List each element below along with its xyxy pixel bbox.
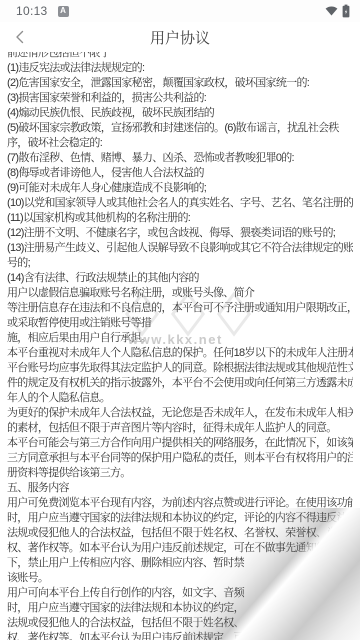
agreement-line: (10)以党和国家领导人或其他社会名人的真实姓名、字号、艺名、笔名注册的: (7, 196, 353, 211)
agreement-line: 或采取暂停使用或注销账号等措 (7, 316, 353, 331)
agreement-line: 施，相应后果由用户自行承担。 (7, 331, 353, 346)
user-agreement-screen: 10:13 A 用户协议 前述情形包括但不限于(1)违反宪法或法律法规规定的:(… (0, 0, 360, 640)
agreement-line: 平台账号均应事先取得其法定监护人的同意。除根据法律法规或其他规范性文 (7, 361, 353, 376)
agreement-line: 号的; (7, 256, 353, 271)
agreement-line: (12)注册不文明、不健康名字，或包含歧视、侮辱、猥亵类词语的账号的; (7, 226, 353, 241)
agreement-line: 为更好的保护未成年人合法权益，无论您是否未成年人，在发布未成年人相关 (7, 406, 353, 421)
agreement-line: 年人的个人隐私信息。 (7, 391, 353, 406)
battery-icon (342, 4, 350, 18)
agreement-line: 序，破坏社会稳定的: (7, 136, 353, 151)
agreement-line: (5)破坏国家宗教政策，宣扬邪教和封建迷信的。(6)散布谣言，扰乱社会秩 (7, 121, 353, 136)
wifi-icon (325, 5, 338, 17)
agreement-content[interactable]: 前述情形包括但不限于(1)违反宪法或法律法规规定的:(2)危害国家安全，泄露国家… (0, 52, 360, 640)
agreement-line: (1)违反宪法或法律法规规定的: (7, 61, 353, 76)
agreement-line: 前述情形包括但不限于 (7, 52, 353, 61)
agreement-line: 册资料等提供给该第三方。 (7, 466, 353, 481)
agreement-line: (13)注册易产生歧义、引起他人误解导致不良影响或其它不符合法律规定的账 (7, 241, 353, 256)
agreement-line: (4)煽动民族仇恨、民族歧视，破坏民族团结的 (7, 106, 353, 121)
agreement-line: 本平台重视对未成年人个人隐私信息的保护。任何18岁以下的未成年人注册本 (7, 346, 353, 361)
status-bar: 10:13 A (0, 0, 360, 22)
header: 用户协议 (0, 22, 360, 52)
agreement-line: 三方同意承担与本平台同等的保护用户隐私的责任，则本平台有权将用户的注 (7, 451, 353, 466)
agreement-line: (3)损害国家荣誉和利益的，损害公共利益的: (7, 91, 353, 106)
agreement-line: (8)侮辱或者诽谤他人，侵害他人合法权益的 (7, 166, 353, 181)
agreement-line: 等注册信息存在违法和不良信息的，本平台可不予注册或通知用户限期改正， (7, 301, 353, 316)
page-title: 用户协议 (0, 22, 360, 52)
agreement-line: (2)危害国家安全，泄露国家秘密，颠覆国家政权，破坏国家统一的: (7, 76, 353, 91)
agreement-line: (11)以国家机构或其他机构的名称注册的: (7, 211, 353, 226)
agreement-line: 五、服务内容 (7, 481, 353, 496)
agreement-line: (7)散布淫秽、色情、赌博、暴力、凶杀、恐怖或者教唆犯罪0的: (7, 151, 353, 166)
agreement-line: 的素材，包括但不限于声音图片等内容时，征得未成年人监护人的同意。 (7, 421, 353, 436)
agreement-line: (9)可能对未成年人身心健康造成不良影响的; (7, 181, 353, 196)
agreement-line: 件的规定及有权机关的指示披露外，本平台不会使用或向任何第三方透露未成 (7, 376, 353, 391)
status-time: 10:13 (16, 4, 48, 18)
agreement-line: 本平台可能会与第三方合作向用户提供相关的网络服务，在此情况下，如该第 (7, 436, 353, 451)
agreement-line: 用户以虚假信息骗取账号名称注册，或账号头像、简介 (7, 286, 353, 301)
page-curl[interactable] (185, 508, 360, 640)
notification-app-icon: A (58, 6, 69, 17)
agreement-line: (14)含有法律、行政法规禁止的其他内容的 (7, 271, 353, 286)
